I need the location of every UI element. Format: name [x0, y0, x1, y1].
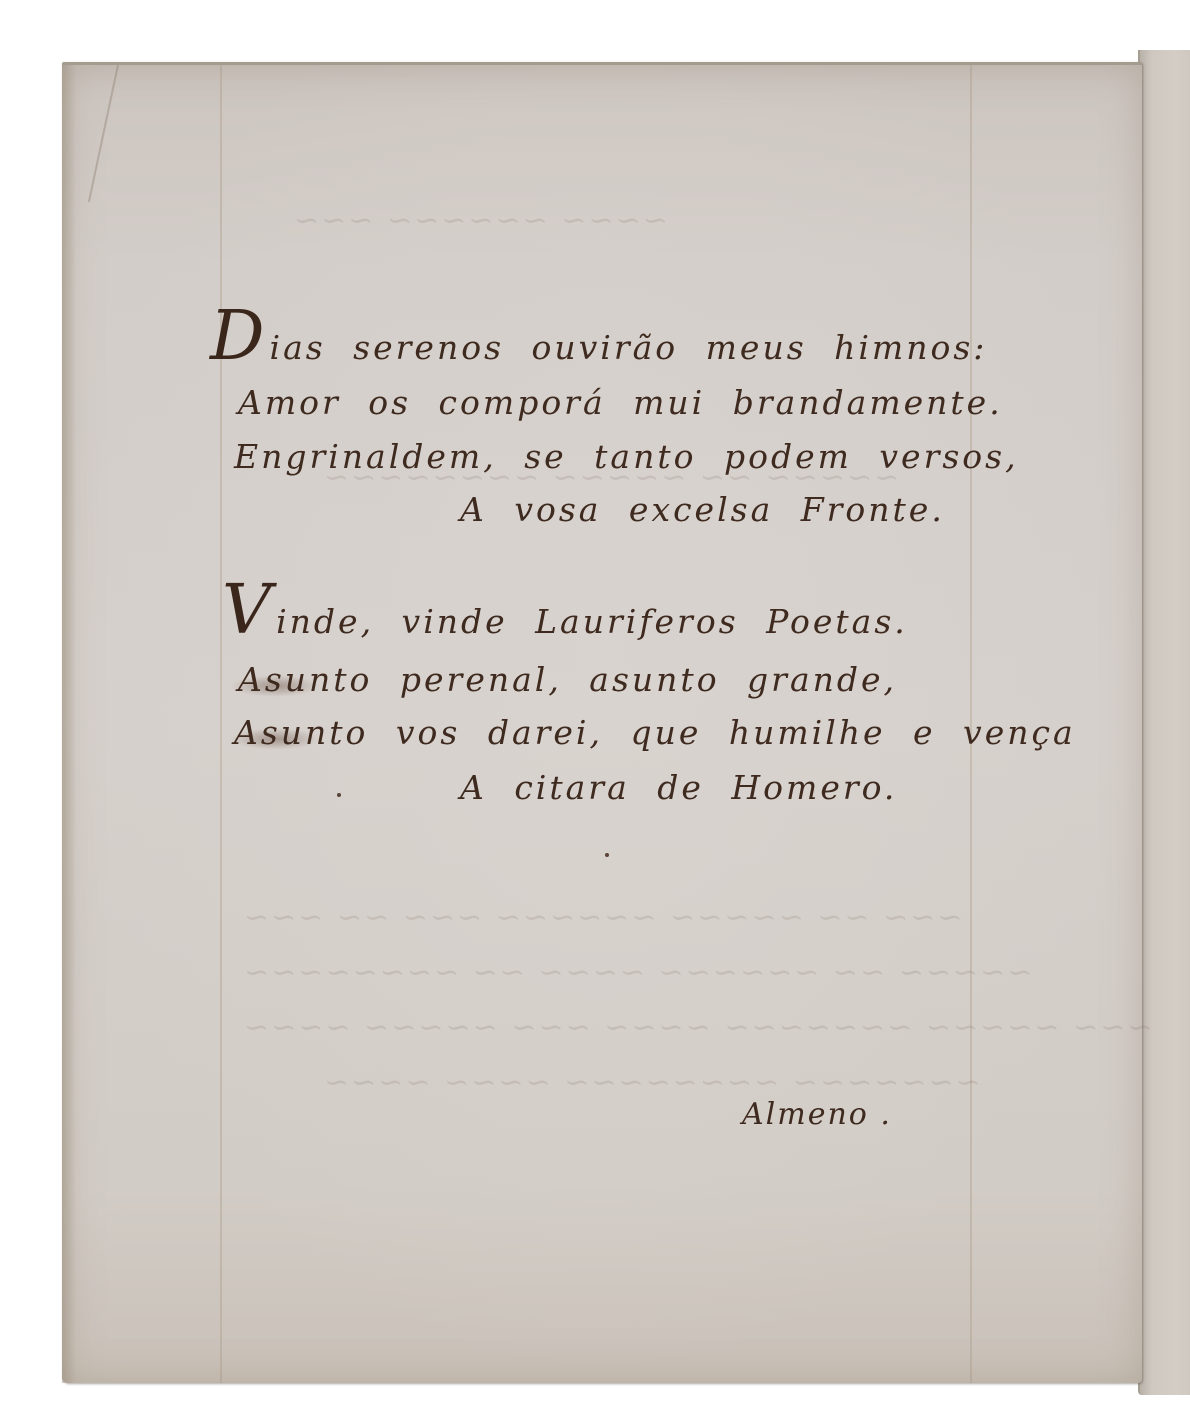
stanza-1-line-3: Engrinaldem, se tanto podem versos,	[234, 437, 1019, 476]
verse-text: ias serenos ouvirão meus himnos:	[270, 328, 988, 367]
adjacent-page-edge	[1138, 50, 1190, 1395]
stanza-1-line-4: A vosa excelsa Fronte.	[460, 490, 945, 529]
stanza-2-line-3: Asunto vos darei, que humilhe e vença	[234, 713, 1076, 752]
stanza-1-line-2: Amor os comporá mui brandamente.	[238, 383, 1003, 422]
ink-dot	[337, 793, 341, 797]
drop-cap: D	[210, 297, 268, 376]
ink-dot	[605, 853, 609, 857]
stanza-2-line-1: Vinde, vinde Lauriferos Poetas.	[222, 577, 908, 645]
manuscript-page: ~~~~ ~~~~~~ ~~~ ~~~~~ ~~ ~~~~~ ~~~~~~~~ …	[62, 62, 1142, 1383]
scan-background: ~~~~ ~~~~~~ ~~~ ~~~~~ ~~ ~~~~~ ~~~~~~~~ …	[0, 0, 1190, 1417]
stanza-2-line-2: Asunto perenal, asunto grande,	[238, 660, 897, 699]
verse-text: inde, vinde Lauriferos Poetas.	[276, 602, 908, 641]
stanza-2-line-4: A citara de Homero.	[460, 768, 897, 807]
stanza-1-line-1: Dias serenos ouvirão meus himnos:	[210, 303, 987, 371]
drop-cap: V	[222, 571, 274, 650]
signature: Almeno .	[742, 1097, 892, 1132]
poem: Dias serenos ouvirão meus himnos: Amor o…	[62, 65, 1142, 1383]
